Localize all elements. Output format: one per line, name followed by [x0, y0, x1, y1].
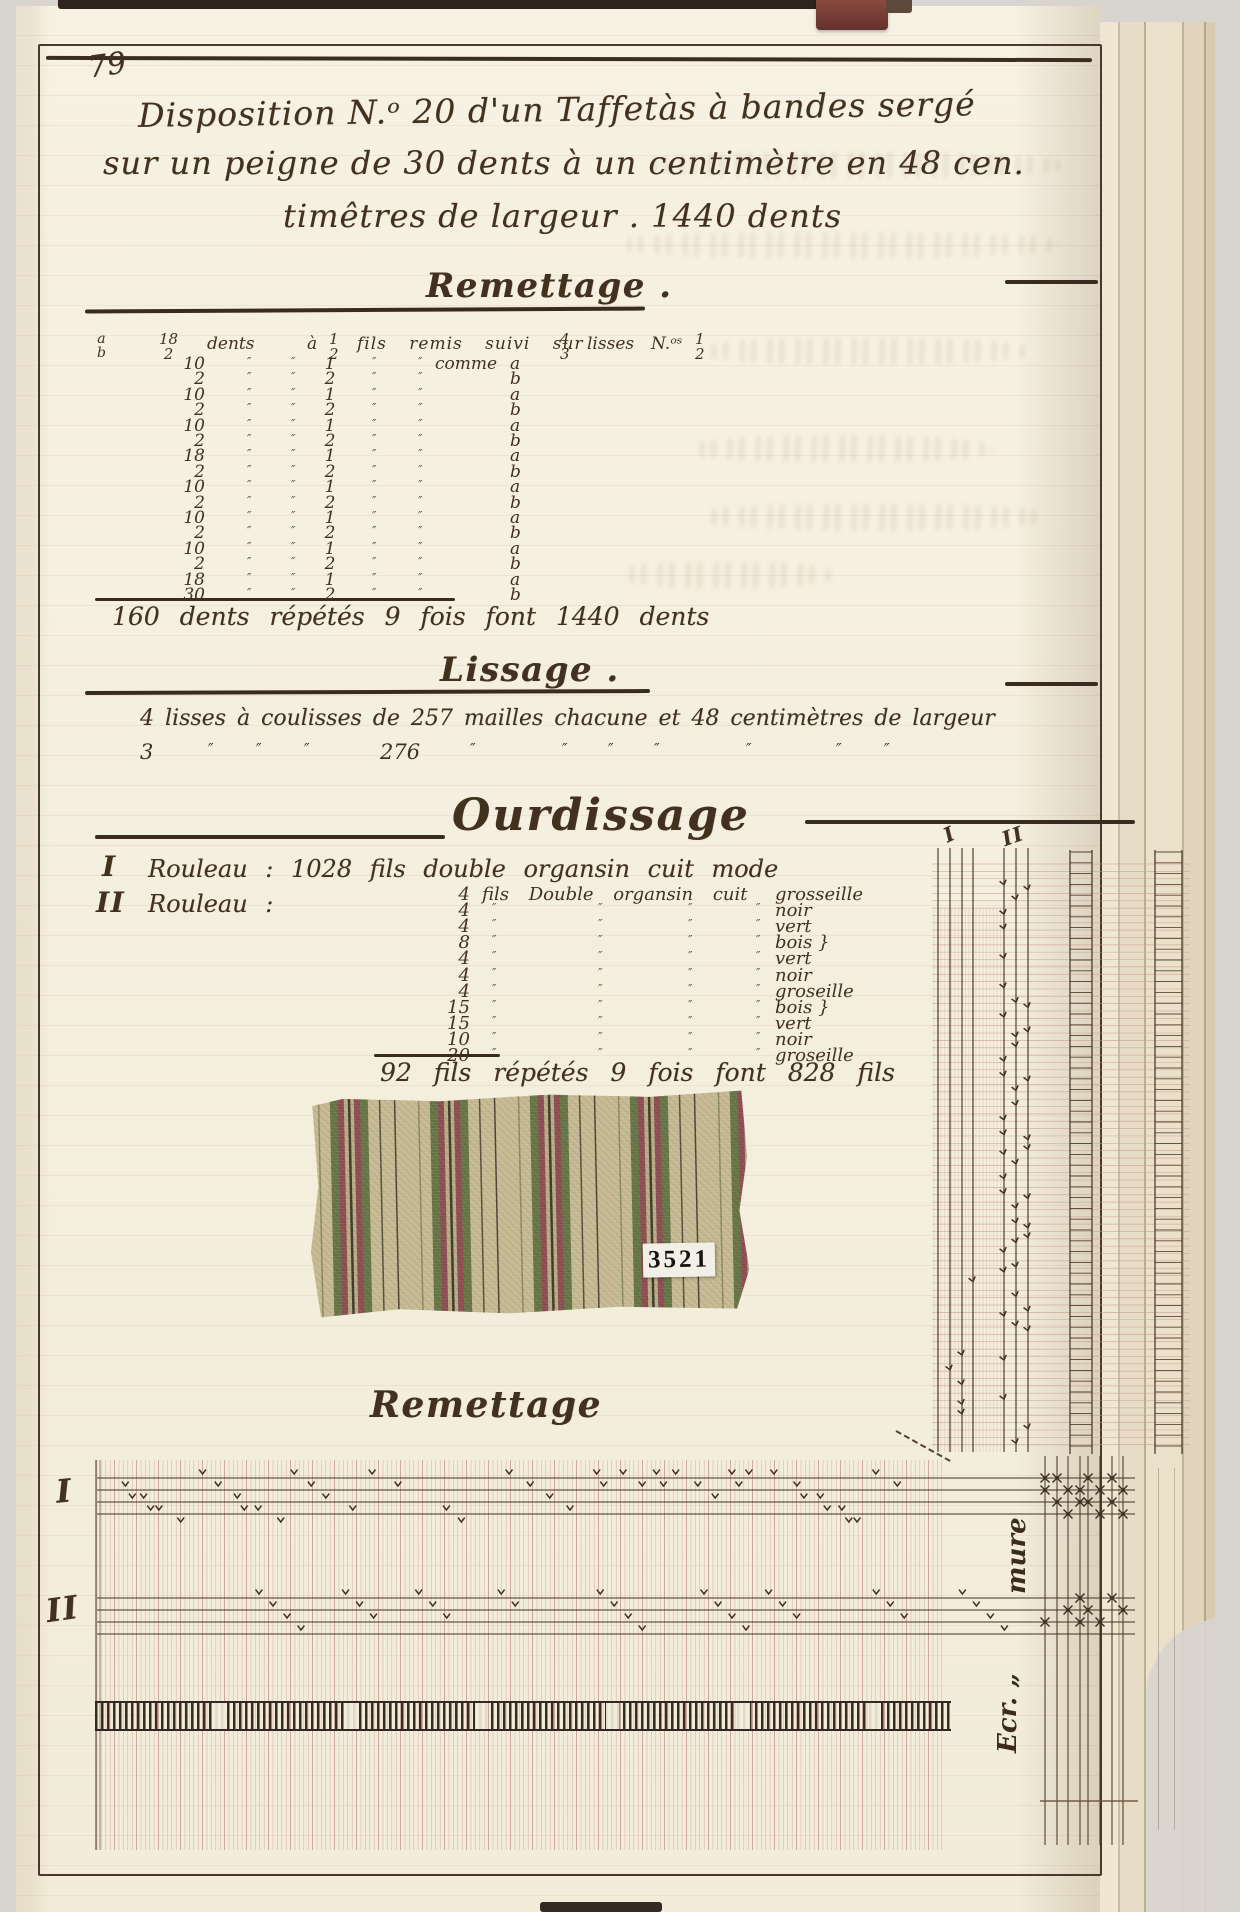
thread-mark [894, 1482, 901, 1486]
thread-mark [1012, 1291, 1020, 1297]
weave-density-band [95, 1701, 951, 1731]
lissage-line-1: 4 lisses à coulisses de 257 mailles chac… [140, 706, 995, 731]
ourdissage-rouleau2-table: 4 fils Double organsin cuit grosseille 4… [430, 886, 970, 1081]
thread-mark [600, 1482, 607, 1486]
ditto-mark: ″ [372, 402, 376, 414]
ditto-mark: ″ [562, 740, 568, 758]
thread-mark [498, 1590, 505, 1594]
ditto-mark: ″ [418, 448, 422, 460]
thread-mark [1012, 997, 1020, 1003]
ditto-mark: ″ [291, 541, 295, 553]
row-text: fils Double organsin cuit [482, 886, 748, 904]
thread-mark [1024, 1423, 1032, 1429]
section-heading-remettage: Remettage . [426, 266, 673, 306]
thread-mark [728, 1470, 735, 1474]
thread-mark [625, 1614, 632, 1618]
thread-mark [1024, 1027, 1032, 1033]
ditto-mark: ″ [418, 495, 422, 507]
thread-mark [765, 1590, 772, 1594]
vertical-label-ecru: Ecr. „ [993, 1673, 1023, 1753]
thread-mark [415, 1590, 422, 1594]
title-line-3: timêtres de largeur . 1440 dents [283, 197, 842, 235]
ditto-mark: ″ [418, 387, 422, 399]
ditto-mark: ″ [492, 967, 496, 979]
ditto-mark: ″ [598, 967, 602, 979]
book-top-edge [58, 0, 834, 9]
thread-mark [1012, 1100, 1020, 1106]
ditto-mark: ″ [418, 510, 422, 522]
section-heading-ourdissage: Ourdissage [452, 790, 750, 841]
ditto-mark: ″ [372, 418, 376, 430]
edge-ruling-line [1174, 1468, 1175, 1830]
ditto-mark: ″ [247, 402, 251, 414]
ditto-mark: ″ [418, 479, 422, 491]
thread-mark [277, 1518, 284, 1522]
lissage-qty-2: 3 [140, 740, 153, 764]
ditto-mark: ″ [291, 402, 295, 414]
ditto-mark: ″ [291, 587, 295, 599]
book-bottom-edge [540, 1902, 662, 1912]
thread-mark [715, 1602, 722, 1606]
thread-mark [1012, 1262, 1020, 1268]
thread-mark [1024, 1144, 1032, 1150]
thread-mark [1012, 1438, 1020, 1444]
ditto-mark: ″ [247, 525, 251, 537]
ourdissage-total: 92 fils répétés 9 fois font 828 fils [380, 1058, 895, 1087]
ditto-mark: ″ [372, 433, 376, 445]
thread-mark [854, 1518, 861, 1522]
thread-mark [1024, 1134, 1032, 1140]
rouleau-1-text: Rouleau : 1028 fils double organsin cuit… [148, 855, 778, 883]
thread-mark [597, 1590, 604, 1594]
ditto-mark: ″ [598, 983, 602, 995]
lissage-mailles-2: 276 [380, 740, 420, 764]
ditto-mark: ″ [688, 967, 692, 979]
heading-rule [805, 820, 1135, 824]
ditto-mark: ″ [247, 433, 251, 445]
ditto-mark: ″ [372, 525, 376, 537]
ditto-mark: ″ [756, 983, 760, 995]
ditto-mark: ″ [291, 418, 295, 430]
thread-mark [234, 1494, 241, 1498]
ditto-mark: ″ [418, 402, 422, 414]
thread-mark [1024, 885, 1032, 891]
ditto-mark: ″ [291, 495, 295, 507]
ourdissage-row: 4 fils Double organsin cuit grosseille [430, 886, 970, 906]
section-heading-remettage-bottom: Remettage [370, 1384, 602, 1426]
ditto-mark: ″ [688, 902, 692, 914]
thread-mark [639, 1626, 646, 1630]
thread-mark [959, 1590, 966, 1594]
ditto-mark: ″ [756, 967, 760, 979]
rouleau-1-numeral: I [102, 850, 117, 883]
ditto-mark: ″ [291, 572, 295, 584]
ditto-mark: ″ [247, 371, 251, 383]
thread-mark [1024, 1306, 1032, 1312]
thread-mark [349, 1506, 356, 1510]
ditto-mark: ″ [688, 934, 692, 946]
thread-mark [1024, 1223, 1032, 1229]
thread-mark [1012, 1032, 1020, 1038]
edge-ruling-line [1158, 1468, 1159, 1830]
ditto-mark: ″ [291, 556, 295, 568]
ditto-mark: ″ [492, 999, 496, 1011]
ditto-mark: ″ [247, 387, 251, 399]
ditto-mark: ″ [247, 464, 251, 476]
ditto-mark: ″ [598, 918, 602, 930]
thread-mark [817, 1494, 824, 1498]
thread-mark [458, 1518, 465, 1522]
ditto-mark: ″ [470, 740, 476, 758]
remettage-table: ab 182 dents à 12 fils remis suivi sur 4… [95, 330, 755, 630]
book-edge-fragment [886, 0, 912, 13]
ditto-mark: ″ [372, 556, 376, 568]
thread-mark [546, 1494, 553, 1498]
thread-mark [298, 1626, 305, 1630]
ditto-mark: ″ [492, 950, 496, 962]
ditto-mark: ″ [746, 740, 752, 758]
section-heading-lissage: Lissage . [440, 650, 620, 690]
thread-mark [291, 1470, 298, 1474]
thread-mark [735, 1482, 742, 1486]
thread-mark [1012, 894, 1020, 900]
ditto-mark: ″ [247, 418, 251, 430]
thread-mark [729, 1614, 736, 1618]
ditto-mark: ″ [598, 999, 602, 1011]
ditto-mark: ″ [372, 387, 376, 399]
ditto-mark: ″ [247, 587, 251, 599]
ditto-mark: ″ [291, 510, 295, 522]
ditto-mark: ″ [688, 918, 692, 930]
ditto-mark: ″ [247, 495, 251, 507]
comme-label: comme [435, 356, 497, 373]
thread-mark [1024, 1193, 1032, 1199]
thread-mark [946, 1365, 954, 1371]
thread-mark [838, 1506, 845, 1510]
remettage-total: 160 dents répétés 9 fois font 1440 dents [112, 602, 709, 631]
ditto-mark: ″ [372, 371, 376, 383]
ditto-mark: ″ [756, 1015, 760, 1027]
thread-mark [845, 1518, 852, 1522]
heading-rule [95, 835, 445, 839]
thread-mark [653, 1470, 660, 1474]
ditto-mark: ″ [372, 510, 376, 522]
ditto-mark: ″ [418, 433, 422, 445]
thread-mark [1012, 1085, 1020, 1091]
rouleau-2-label: Rouleau : [148, 890, 273, 918]
ditto-mark: ″ [598, 950, 602, 962]
ditto-mark: ″ [372, 479, 376, 491]
thread-mark [1012, 1041, 1020, 1047]
ditto-mark: ″ [492, 1031, 496, 1043]
ditto-mark: ″ [372, 448, 376, 460]
ditto-mark: ″ [247, 479, 251, 491]
red-bookmark-tab [816, 0, 888, 30]
diagram-bottom-label-I: I [54, 1471, 74, 1510]
ditto-mark: ″ [291, 356, 295, 368]
title-line-2: sur un peigne de 30 dents à un centimètr… [103, 144, 1025, 182]
remettage-table-rows: 10″″1″″commea2″″2″″b10″″1″″a2″″2″″b10″″1… [95, 330, 755, 630]
thread-mark [1024, 1326, 1032, 1332]
ditto-mark: ″ [492, 1015, 496, 1027]
ditto-mark: ″ [291, 479, 295, 491]
ditto-mark: ″ [688, 983, 692, 995]
thread-mark [1024, 1002, 1032, 1008]
thread-mark [256, 1590, 263, 1594]
thread-mark [779, 1602, 786, 1606]
thread-mark [1000, 880, 1008, 886]
tieup-baseline [1040, 1800, 1138, 1802]
thread-mark [255, 1506, 262, 1510]
ditto-mark: ″ [418, 418, 422, 430]
ditto-mark: ″ [372, 587, 376, 599]
thread-mark [745, 1470, 752, 1474]
ditto-mark: ″ [372, 572, 376, 584]
ditto-mark: ″ [756, 950, 760, 962]
ditto-mark: ″ [291, 464, 295, 476]
ditto-mark: ″ [688, 950, 692, 962]
ditto-mark: ″ [654, 740, 660, 758]
ditto-mark: ″ [492, 934, 496, 946]
thread-mark [660, 1482, 667, 1486]
ditto-mark: ″ [247, 448, 251, 460]
ditto-mark: ″ [291, 387, 295, 399]
ditto-mark: ″ [247, 541, 251, 553]
thread-mark [1024, 1232, 1032, 1238]
heading-rule [1005, 682, 1098, 686]
thread-mark [308, 1482, 315, 1486]
thread-mark [1012, 1203, 1020, 1209]
ditto-mark: ″ [836, 740, 842, 758]
ditto-mark: ″ [418, 541, 422, 553]
ditto-mark: ″ [247, 356, 251, 368]
ditto-mark: ″ [492, 902, 496, 914]
thread-mark [429, 1602, 436, 1606]
ditto-mark: ″ [291, 371, 295, 383]
thread-mark [356, 1602, 363, 1606]
thread-mark [1024, 1076, 1032, 1082]
ditto-mark: ″ [884, 740, 890, 758]
thread-mark [873, 1590, 880, 1594]
ditto-mark: ″ [756, 918, 760, 930]
ditto-mark: ″ [598, 1031, 602, 1043]
remettage-threading-diagram [85, 1450, 1140, 1870]
ditto-mark: ″ [418, 572, 422, 584]
vertical-label-mure: mure [1002, 1524, 1032, 1594]
ditto-mark: ″ [256, 740, 262, 758]
thread-mark [770, 1470, 777, 1474]
thread-mark [1012, 1321, 1020, 1327]
ditto-mark: ″ [291, 433, 295, 445]
photo-corner-shadow [1146, 1618, 1240, 1912]
ditto-mark: ″ [247, 510, 251, 522]
thread-mark [370, 1614, 377, 1618]
thread-mark [506, 1470, 513, 1474]
ditto-mark: ″ [598, 1015, 602, 1027]
ditto-mark: ″ [372, 464, 376, 476]
ditto-mark: ″ [598, 902, 602, 914]
ditto-mark: ″ [418, 525, 422, 537]
page-number: 79 [86, 46, 129, 86]
thread-mark [1012, 1237, 1020, 1243]
ditto-mark: ″ [247, 572, 251, 584]
ditto-mark: ″ [418, 371, 422, 383]
thread-mark [147, 1506, 154, 1510]
diagram-bottom-label-II: II [44, 1588, 82, 1630]
ditto-mark: ″ [756, 999, 760, 1011]
thread-mark [973, 1602, 980, 1606]
ditto-mark: ″ [492, 983, 496, 995]
ditto-mark: ″ [608, 740, 614, 758]
ditto-mark: ″ [418, 587, 422, 599]
thread-mark [1001, 1626, 1008, 1630]
fabric-swatch [308, 1090, 750, 1317]
thread-mark [1012, 1218, 1020, 1224]
ditto-mark: ″ [756, 902, 760, 914]
ditto-mark: ″ [492, 918, 496, 930]
thread-mark [987, 1614, 994, 1618]
ditto-mark: ″ [756, 1031, 760, 1043]
heading-rule [1005, 280, 1098, 284]
ditto-mark: ″ [291, 525, 295, 537]
lissage-line-2: 3 276 ″″″″″″″″″″ [140, 740, 950, 768]
ditto-mark: ″ [304, 740, 310, 758]
ditto-mark: ″ [372, 356, 376, 368]
ditto-mark: ″ [291, 448, 295, 460]
ditto-mark: ″ [208, 740, 214, 758]
ditto-mark: ″ [418, 464, 422, 476]
swatch-number-label: 3521 [643, 1242, 716, 1277]
thread-mark [801, 1494, 808, 1498]
rouleau-2-numeral: II [96, 886, 125, 919]
ditto-mark: ″ [247, 556, 251, 568]
ditto-mark: ″ [688, 999, 692, 1011]
ditto-mark: ″ [418, 356, 422, 368]
ditto-mark: ″ [756, 934, 760, 946]
ditto-mark: ″ [372, 495, 376, 507]
thread-mark [1012, 1159, 1020, 1165]
ditto-mark: ″ [688, 1031, 692, 1043]
thread-mark [887, 1602, 894, 1606]
ditto-mark: ″ [688, 1015, 692, 1027]
thread-mark [284, 1614, 291, 1618]
ditto-mark: ″ [372, 541, 376, 553]
ditto-mark: ″ [598, 934, 602, 946]
ditto-mark: ″ [418, 556, 422, 568]
